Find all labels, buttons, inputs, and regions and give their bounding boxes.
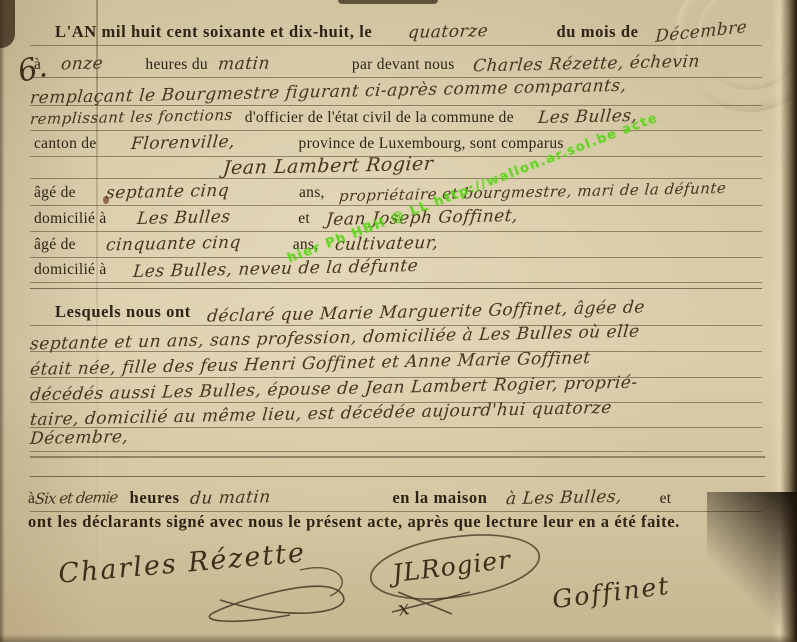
signature-declarant1-mark: x (396, 595, 411, 621)
act-line: L'AN mil huit cent soixante et dix-huit,… (28, 22, 768, 47)
handwritten-declarant-name: Jean Lambert Rogier (222, 153, 434, 179)
handwritten-hour: onze (60, 54, 104, 75)
ruled-line (30, 456, 765, 458)
handwritten-text: du matin (189, 487, 271, 509)
death-record-scan: 6. L'AN mil huit cent soixante et dix-hu… (0, 0, 797, 642)
act-line: décédés aussi Les Bulles, épouse de Jean… (28, 379, 768, 404)
act-line: était née, fille des feus Henri Goffinet… (28, 354, 768, 379)
act-line: domicilié à Les Bulles, neveu de la défu… (28, 259, 768, 284)
printed-text: canton de (34, 135, 97, 152)
printed-text: heures (130, 488, 180, 507)
printed-text: et (660, 490, 672, 507)
handwritten-age: septante cinq (105, 181, 230, 204)
printed-text: par devant nous (352, 56, 455, 73)
signature-declarant1: JLRogier (391, 545, 513, 588)
handwritten-age: cinquante cinq (105, 233, 242, 256)
printed-text: et (298, 210, 310, 227)
printed-text: d'officier de l'état civil de la commune… (245, 109, 514, 126)
handwritten-place-of-death: à Les Bulles, (505, 487, 623, 509)
handwritten-text: remplaçant le Bourgmestre figurant ci-ap… (29, 76, 627, 109)
handwritten-profession: propriétaire et bourgmestre, mari de la … (338, 179, 727, 205)
printed-text: ans, (299, 184, 325, 201)
act-line: Lesquels nous ont déclaré que Marie Marg… (28, 302, 768, 327)
act-line: ont les déclarants signé avec nous le pr… (28, 512, 768, 537)
printed-text: à (34, 56, 41, 73)
act-line: remplaçant le Bourgmestre figurant ci-ap… (28, 82, 768, 107)
handwritten-month-of-death: Décembre, (29, 427, 129, 449)
page-left-edge-shadow (0, 0, 5, 642)
printed-text: heures du (145, 56, 208, 73)
handwritten-canton: Florenville, (130, 132, 236, 154)
act-line: âgé de cinquante cinq ans, cultivateur, (28, 234, 768, 259)
act-line: septante et un ans, sans profession, dom… (28, 328, 768, 353)
act-line: Jean Lambert Rogier (28, 155, 768, 180)
handwritten-residence: Les Bulles, neveu de la défunte (132, 256, 419, 282)
page-bottom-edge-shadow (0, 634, 797, 642)
handwritten-text: remplissant les fonctions (29, 106, 233, 128)
top-edge-shadow (338, 0, 438, 4)
act-line: âgé de septante cinq ans, propriétaire e… (28, 182, 768, 207)
printed-text: Lesquels nous ont (55, 302, 191, 321)
act-line: à onze heures du matin par devant nous C… (28, 54, 768, 79)
ruled-line (30, 288, 762, 289)
ruled-line (30, 476, 765, 477)
act-line: taire, domicilié au même lieu, est décéd… (28, 404, 768, 429)
printed-text: domicilié à (34, 210, 107, 227)
handwritten-month: Décembre (655, 17, 748, 47)
printed-text: âgé de (34, 184, 76, 201)
printed-text: L'AN mil huit cent soixante et dix-huit,… (55, 22, 372, 41)
printed-text: province de Luxembourg, sont comparus (299, 135, 564, 152)
handwritten-day: quatorze (407, 21, 489, 43)
printed-text: âgé de (34, 236, 76, 253)
printed-text: du mois de (557, 22, 639, 41)
handwritten-residence: Les Bulles (136, 207, 231, 229)
bottom-right-corner-shadow (707, 492, 797, 642)
handwritten-text: matin (217, 53, 271, 74)
handwritten-hour-of-death: Six et demie (34, 488, 118, 508)
printed-text: en la maison (392, 488, 487, 507)
act-line: Décembre, (28, 428, 768, 453)
act-line: à Six et demie heures du matin en la mai… (28, 488, 768, 513)
signature-declarant2: Goffinet (551, 571, 672, 614)
handwritten-officer-name: Charles Rézette, échevin (472, 52, 700, 77)
printed-text: domicilié à (34, 261, 107, 278)
printed-text: ont les déclarants signé avec nous le pr… (28, 512, 680, 531)
